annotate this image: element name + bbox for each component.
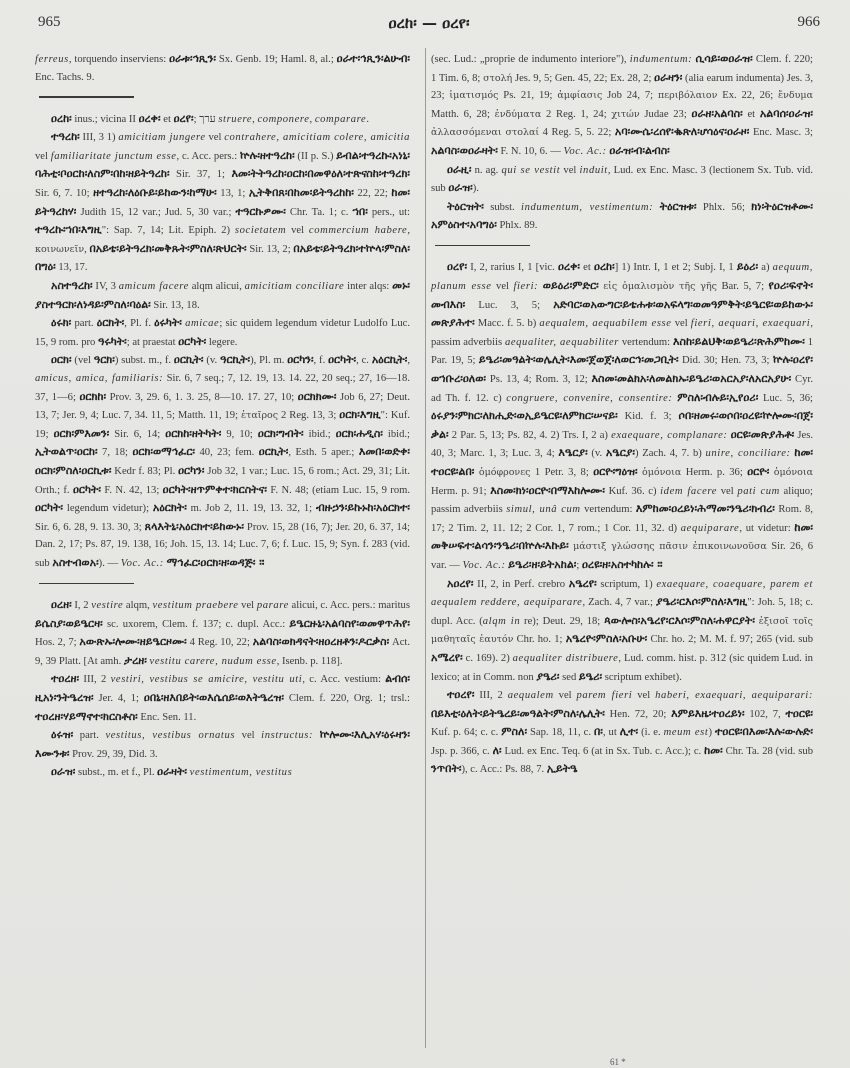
latin-gloss: Voc. Ac.: — [121, 558, 164, 569]
reference-text: Sir. 6, 7. 10; — [35, 188, 93, 199]
latin-gloss: commercium habere — [309, 225, 407, 236]
reference-text: Ps. 13, 4; Rom. 3, 12; — [486, 374, 592, 385]
ethiopic-term: ዐርክከ፡ — [79, 390, 106, 403]
reference-text: et — [743, 109, 760, 120]
ethiopic-term: ዐራዘ፡አልባስ፡ — [692, 107, 743, 120]
reference-text: Enc. Sen. 11. — [138, 712, 196, 723]
reference-text: , Esth. 5 aper.; — [288, 447, 359, 458]
ethiopic-term: ዐርካን፡ — [287, 353, 313, 366]
ethiopic-term: ዕሩክ፡ — [51, 316, 71, 329]
reference-text: Luc. 3, 5; — [465, 300, 553, 311]
reference-text: ibid.; — [304, 429, 336, 440]
ethiopic-term: ኢይትዔ — [547, 762, 578, 775]
greek-term: περιβόλαιον — [658, 90, 717, 101]
reference-text: Ps. 21, 19; — [498, 90, 557, 101]
ethiopic-term: ዐርዮ፡ — [747, 465, 769, 478]
dictionary-entry: ዐራዚ፡ n. ag. qui se vestit vel induit, Lu… — [431, 161, 813, 198]
reference-text: III, 3 1) — [80, 132, 119, 143]
reference-text: m. Job 2, 11. 19, 13. 32, 1; — [187, 503, 316, 514]
dictionary-entry: ዐረዘ፡ I, 2 vestire alqm, vestitum praeber… — [35, 596, 410, 670]
greek-term: ἑταῖρος — [241, 410, 278, 421]
reference-text: Hos. 2, 7; — [35, 637, 79, 648]
ethiopic-term: ምስለ፡ — [501, 725, 527, 738]
ethiopic-term: ከመ፡ — [704, 744, 723, 757]
reference-text: . — [366, 114, 369, 125]
ethiopic-term: በአይቴ፡ይትዓረክ፡መቅጹት፡ምስለ፡ጽህርት፡ — [89, 242, 246, 255]
reference-text: vertendum: — [619, 337, 673, 348]
ethiopic-term: ወይዕሪ፡ምድር፡ — [543, 279, 599, 292]
ethiopic-term: ንጥበት፡ — [431, 762, 461, 775]
reference-text: vel — [672, 318, 691, 329]
ethiopic-term: ዐርክክሙ፡ — [298, 390, 337, 403]
reference-text: Lud. ex Enc. Teq. 6 (at in Sx. Tub. c. A… — [502, 746, 704, 757]
reference-text: ) subst. m., f. — [115, 355, 174, 366]
reference-text: , Pl. f. — [124, 318, 154, 329]
reference-text: ; ערך — [194, 114, 219, 125]
reference-text: 13, 17. — [56, 262, 88, 273]
greek-term: ἀλλασσόμεναι στολαί — [431, 127, 539, 138]
reference-text: Ex. 22, 26; — [717, 90, 778, 101]
reference-text: vel — [554, 690, 577, 701]
reference-text: Kid. f. 3; — [618, 411, 679, 422]
ethiopic-term: አስተብወአ፡ — [52, 556, 98, 569]
greek-term: ἔνδυμα — [778, 90, 813, 101]
reference-text: Clem. f. 220, Org. 1; trsl.: — [284, 693, 410, 704]
ethiopic-term: ዐራዝ፡ብ፡ልብስ፡ — [609, 144, 669, 157]
ethiopic-term: ትዕርዝቱ፡ — [660, 200, 697, 213]
reference-text: 4 Reg. 5, 5. 22; — [539, 127, 615, 138]
ethiopic-term: አዔርያ፡ — [606, 446, 635, 459]
dictionary-entry: አስተዓረከ፡ IV, 3 amicum facere alqm alicui,… — [35, 277, 410, 314]
reference-text: Herm. p. 91; — [431, 486, 490, 497]
reference-text: ) Zach. 4, 7. b) — [635, 448, 705, 459]
reference-text: vel — [239, 600, 257, 611]
ethiopic-term: ኀበ፡ — [352, 205, 367, 218]
latin-gloss: aequaliter, aequabiliter — [505, 337, 619, 348]
reference-text: Kuf. p. 64; c. c. — [431, 727, 501, 738]
reference-text: Prov. 29, 39, Did. 3. — [69, 749, 157, 760]
reference-text: Sx. Genb. 19; Haml. 8, al.; — [216, 54, 337, 65]
left-column: ferreus, torquendo inserviens: ዐራቱ፡ኅጺን፡ … — [35, 50, 410, 782]
ethiopic-term: ዐረዩ፡ዘ፡አስተካከሉ፡ ። — [582, 558, 663, 571]
latin-gloss: amicitiam conciliare — [245, 281, 345, 292]
reference-text: Phlx. 56; — [697, 202, 752, 213]
ethiopic-term: ያዔሪ፡ — [536, 670, 559, 683]
section-rule — [435, 245, 530, 247]
reference-text: , — [407, 355, 410, 366]
reference-text: F. N. 42, 13; — [101, 485, 163, 496]
dictionary-entry: ዐራዝ፡ subst., m. et f., Pl. ዐራዛት፡ vestime… — [35, 763, 410, 782]
ethiopic-term: አውጽኡ፡ሎሙ፡ዘይዔርዞሙ፡ — [79, 635, 186, 648]
reference-text: , f. — [314, 355, 329, 366]
reference-text: vel — [286, 225, 309, 236]
latin-gloss: idem facere — [660, 486, 717, 497]
reference-text: (v. — [588, 448, 606, 459]
reference-text: Phlx. 89. — [497, 220, 538, 231]
reference-text: Chr. ho. 2; M. M. f. 97; 265 (vid. sub — [647, 634, 813, 645]
reference-text: Kedr f. 83; Pl. — [111, 466, 178, 477]
reference-text: legere. — [206, 337, 237, 348]
reference-text: Chr. Ta. 28 (vid. sub — [723, 746, 813, 757]
reference-text: vel — [717, 486, 737, 497]
dictionary-entry: ተዐረዘ፡ III, 2 vestiri, vestibus se amicir… — [35, 670, 410, 726]
reference-text: alqm alicui, — [189, 281, 245, 292]
ethiopic-term: እዔርያ፡ — [558, 446, 587, 459]
ethiopic-term: ዓርኪት፡ — [220, 353, 250, 366]
ethiopic-term: ይዔሪ፡ዘ፡ይትአከል፡ — [508, 558, 576, 571]
ethiopic-term: ትዕርዝት፡ — [447, 200, 484, 213]
reference-text: 2 Reg. 13, 3; — [278, 410, 339, 421]
ethiopic-term: ጳውሎስ፡አዔረየ፡ርእሶ፡ምስለ፡ሐዋርያት፡ — [604, 614, 755, 627]
reference-text: ), Pl. m. — [250, 355, 287, 366]
reference-text: , c. — [356, 355, 372, 366]
reference-text: Jer. 4, 1; — [94, 693, 144, 704]
ethiopic-term: ዐርካት፡ — [73, 483, 101, 496]
ethiopic-term: ተዓርኩዎሙ፡ — [235, 205, 285, 218]
reference-text: (II p. S.) — [295, 151, 337, 162]
ethiopic-term: ለ፡ — [493, 744, 502, 757]
reference-text: Sir. 6, 14; — [109, 429, 165, 440]
reference-text: F. N. 10, 6. — — [498, 146, 564, 157]
reference-text: 22, 22; — [354, 188, 391, 199]
reference-text: Kuf. 36. c) — [605, 486, 660, 497]
latin-gloss: haberi, exaequari, aequiparari: — [655, 690, 813, 701]
dictionary-entry: ዐረከ፡ inus.; vicina II ዐረቀ፡ et ዐረየ፡; ערך … — [35, 110, 410, 129]
reference-text: I, 2, rarius I, 1 [vic. — [467, 262, 558, 273]
ethiopic-term: ተዐረየ፡ — [447, 688, 474, 701]
ethiopic-term: ይዕሪ፡ — [737, 260, 758, 273]
dictionary-page: 965 ዐረከ፡ — ዐረየ፡ 966 ferreus, torquendo i… — [0, 0, 850, 1068]
reference-text: , — [407, 225, 410, 236]
reference-text: Luc. 5, 36; — [758, 393, 813, 404]
reference-text: ), c. Acc.: Ps. 88, 7. — [461, 764, 546, 775]
ethiopic-term: እምከመ፡ዐረይነ፡ሕማመ፡ንዔሪ፡ክብረ፡ — [636, 502, 775, 515]
reference-text: Enc. Masc. 3; — [749, 127, 813, 138]
ethiopic-term: ዐራዝ፡ — [448, 181, 472, 194]
latin-gloss: parem fieri — [577, 690, 633, 701]
ethiopic-term: አዕርክት፡ — [153, 501, 187, 514]
ethiopic-term: አሜረየ፡ — [431, 651, 463, 664]
latin-gloss: congruere, convenire, consentire: — [506, 393, 672, 404]
reference-text: Matth. 6, 28; — [431, 109, 495, 120]
reference-text: II, 2, in Perf. crebro — [474, 579, 569, 590]
ethiopic-term: ዐረዘ፡ — [51, 598, 72, 611]
reference-text: (i. e. — [638, 727, 663, 738]
dictionary-entry: ዕሩክ፡ part. ዕርክት፡, Pl. f. ዕሩካት፡ amicae; s… — [35, 314, 410, 351]
reference-text: Chr. ho. 1; — [513, 634, 565, 645]
dictionary-entry: ዐርክ፡ (vel ዓርክ፡) subst. m., f. ዐርኪት፡ (v. … — [35, 351, 410, 572]
section-rule — [39, 583, 134, 585]
reference-text: vel — [560, 165, 579, 176]
ethiopic-term: ዐርካት፡ — [178, 335, 206, 348]
latin-gloss: simul, unâ cum — [506, 504, 580, 515]
ethiopic-term: አባ፡ሙሴ፡ረሰየ፡ቈጽለ፡ሆሳዕና፡ዐራዞ፡ — [615, 125, 750, 138]
reference-text: alicui, c. Acc. pers.: maritus — [289, 600, 410, 611]
latin-gloss: Voc. Ac.: — [564, 146, 607, 157]
latin-gloss: amicae — [185, 318, 219, 329]
reference-text: , torquendo inserviens: — [69, 54, 169, 65]
reference-text: I, 2 — [72, 600, 92, 611]
ethiopic-term: እስመ፡ክነ፡ዐርዮ፡በማእከሎሙ፡ — [490, 484, 605, 497]
reference-text: Sir. 13, 2; — [247, 244, 294, 255]
reference-text: , ut videtur: — [739, 523, 794, 534]
reference-text: (v. — [203, 355, 219, 366]
latin-gloss: aequalem, aequabilem esse — [539, 318, 671, 329]
ethiopic-term: ሲሳይ፡ወዐራዝ፡ — [696, 52, 753, 65]
section-rule — [39, 96, 134, 98]
ethiopic-term: ዕሩያን፡ምክር፡ለክሒድ፡ወኢይዔርዩ፡ለምክር፡ሠናይ፡ — [431, 409, 618, 422]
latin-gloss: fieri, aequari, exaequari — [691, 318, 811, 329]
reference-text: vel — [235, 730, 261, 741]
latin-gloss: vestitu carere, nudum esse — [150, 656, 277, 667]
ethiopic-term: ዐርካት፡ — [35, 501, 63, 514]
reference-text: 4 Reg. 10, 22; — [187, 637, 253, 648]
latin-gloss: amicus, amica, familiaris: — [35, 373, 163, 384]
reference-text: Chr. Ta. 1; c. — [286, 207, 353, 218]
reference-text: 102, 7, — [745, 709, 786, 720]
ethiopic-term: ዐራዛን፡ — [654, 71, 682, 84]
ethiopic-term: በይእቲ፡ዕለት፡ይትዔረይ፡መዓልት፡ምስለ፡ሌሊት፡ — [431, 707, 605, 720]
reference-text: vel — [206, 132, 225, 143]
ethiopic-term: ዕሩዝ፡ — [51, 728, 73, 741]
ethiopic-term: ዐረከ፡ — [51, 112, 72, 125]
ethiopic-term: ዐርክ፡እግዚ — [339, 408, 380, 421]
latin-gloss: aequalem — [508, 690, 554, 701]
reference-text: inter alqs: — [344, 281, 392, 292]
reference-text: , c. Acc. vestium: — [302, 674, 385, 685]
reference-text: III, 2 — [79, 674, 111, 685]
page-number-right: 966 — [798, 14, 821, 31]
ethiopic-term: ሊተ፡ — [620, 725, 638, 738]
ethiopic-term: ዐርኪት፡ — [174, 353, 204, 366]
reference-text: Enc. Tachs. 9. — [35, 72, 94, 83]
reference-text: Did. 30; Hen. 73, 3; — [679, 355, 773, 366]
reference-text: 2 Par. 5, 13; Ps. 82, 4. 2) Trs. I, 2 a) — [449, 430, 611, 441]
ethiopic-term: ዐራዝ፡ — [51, 765, 75, 778]
reference-text: ). — — [99, 558, 121, 569]
ethiopic-term: ተዐረዘ፡ሃይማኖተ፡ክርስቶስ፡ — [35, 710, 138, 723]
reference-text: III, 2 — [474, 690, 507, 701]
reference-text: 2 Reg. 1, 24; — [541, 109, 611, 120]
reference-text: Judith 15, 12 var.; Jud. 5, 30 var.; — [76, 207, 235, 218]
latin-gloss: vestire — [91, 600, 123, 611]
ethiopic-term: ኢትቅበጸ፡በከመ፡ይትዓረከከ፡ — [249, 186, 354, 199]
greek-term: ἱματισμός — [449, 90, 498, 101]
latin-gloss: aequaliter distribuere — [513, 653, 619, 664]
reference-text: subst., m. et f., Pl. — [75, 767, 157, 778]
latin-gloss: struere — [218, 114, 252, 125]
reference-text: vertendum: — [581, 504, 636, 515]
running-head: 965 ዐረከ፡ — ዐረየ፡ 966 — [38, 14, 820, 38]
ethiopic-term: ኵሉ፡ዘተዓረከ፡ — [240, 149, 295, 162]
ethiopic-term: ይዔሪ፡ — [579, 670, 602, 683]
latin-gloss: ferreus — [35, 54, 69, 65]
reference-text: vel — [492, 281, 514, 292]
latin-gloss: amicitiam jungere — [118, 132, 205, 143]
reference-text: 1 Petr. 3, 8; — [530, 467, 593, 478]
reference-text: scriptum exhibet). — [602, 672, 682, 683]
ethiopic-term: ይዔርዙኒ፡አልባስየ፡ወመዋጥሕየ፡ — [290, 617, 411, 630]
reference-text: c. 169). 2) — [463, 653, 513, 664]
greek-term: ὁμόφρονες — [479, 467, 531, 478]
running-title: ዐረከ፡ — ዐረየ፡ — [38, 14, 820, 32]
latin-gloss: societatem — [235, 225, 286, 236]
reference-text: vel — [632, 690, 655, 701]
ethiopic-term: ዐረየ፡ — [174, 112, 194, 125]
reference-text: Judae 23; — [640, 109, 692, 120]
dictionary-entry: (sec. Lud.: „proprie de indumento interi… — [431, 50, 813, 161]
ethiopic-term: ዐበኒ፡ዘእበይት፡ወእሴሰይ፡ወእትዔረዝ፡ — [144, 691, 284, 704]
reference-text: re); Deut. 29, 18; — [520, 616, 604, 627]
ethiopic-term: ተዓረኩ፡ኀበ፡እግዚ — [35, 223, 102, 236]
greek-term: χιτών — [611, 109, 639, 120]
reference-text: Hen. 72, 20; — [605, 709, 671, 720]
ethiopic-term: ታረዘ፡ — [124, 654, 147, 667]
reference-text: , Isenb. p. 118]. — [277, 656, 343, 667]
latin-gloss: vestitum praebere — [152, 600, 238, 611]
reference-text: Prov. 3, 29. 6, 1. 3. 25, 8—10. 17. 27, … — [106, 392, 298, 403]
reference-text: Job 24, 7; — [602, 90, 658, 101]
reference-text: sed — [559, 672, 578, 683]
ethiopic-term: ዐረየ፡ — [447, 260, 467, 273]
ethiopic-term: ዘተዓረከ፡ለዕቡይ፡ይከውን፡ከማሁ፡ — [93, 186, 217, 199]
reference-text: Macc. f. 5. b) — [475, 318, 540, 329]
latin-gloss: familiaritate junctum esse — [51, 151, 177, 162]
reference-text: a) — [758, 262, 773, 273]
greek-term: ἐνδύματα — [495, 109, 542, 120]
reference-text: part. — [71, 318, 97, 329]
latin-gloss: comparare — [315, 114, 367, 125]
reference-text: Jes. 9, 5; Gen. 45, 22; Ex. 28, 2; — [512, 73, 654, 84]
ethiopic-term: ተዐርዩ፡በእመ፡እሉ፡ውሉድ፡ — [715, 725, 813, 738]
ethiopic-term: ተዐርዩ፡ — [785, 707, 813, 720]
ethiopic-term: ዐርኪት፡ — [259, 445, 289, 458]
latin-gloss: unire, conciliare: — [706, 448, 791, 459]
reference-text: vel — [35, 151, 51, 162]
reference-text: subst. — [484, 202, 521, 213]
ethiopic-term: ዐርካን፡ — [178, 464, 204, 477]
reference-text: ": Sap. 7, 14; Lit. Epiph. 2) — [102, 225, 235, 236]
dictionary-entry: ተዐረየ፡ III, 2 aequalem vel parem fieri ve… — [431, 686, 813, 779]
ethiopic-term: ዐርዮ፡ግዕዝ፡ — [593, 465, 637, 478]
ethiopic-term: ዐራተ፡ኅጺን፡ልሁብ፡ — [337, 52, 410, 65]
ethiopic-term: ዐርክ፡ሐዲስ፡ — [336, 427, 383, 440]
ethiopic-term: አዔረየ፡ — [569, 577, 597, 590]
latin-gloss: Voc. Ac.: — [462, 560, 505, 571]
ethiopic-term: ይዔሪ፡መዓልት፡ወሌሊት፡እመ፡ጀወጀ፡ለወርኅ፡መጋቢት፡ — [479, 353, 679, 366]
ethiopic-term: ብዙኃን፡ይኩኑከ፡አዕርክተ፡ — [316, 501, 410, 514]
greek-term: ὁμόνοια — [642, 467, 681, 478]
ethiopic-term: ዐረከ፡ — [594, 260, 615, 273]
ethiopic-term: አዐረየ፡ — [447, 577, 474, 590]
latin-gloss: meum est — [664, 727, 709, 738]
latin-gloss: contrahere, amicitiam colere, amicitia — [224, 132, 410, 143]
reference-text: IV, 3 — [93, 281, 119, 292]
ethiopic-term: ዐርክ፡ምእመን፡ — [54, 427, 110, 440]
reference-text: 7, 18; — [98, 447, 133, 458]
latin-gloss: aequiparare — [681, 523, 740, 534]
ethiopic-term: ዐርክከ፡ዘትካት፡ — [165, 427, 221, 440]
ethiopic-term: ይሴስያ፡ወይዔርዛ፡ — [35, 617, 103, 630]
dictionary-entry: ተዓረከ፡ III, 3 1) amicitiam jungere vel co… — [35, 128, 410, 277]
reference-text: , c. Acc. pers.: — [177, 151, 240, 162]
ethiopic-term: ጸላእትኒ፡አዕርክተ፡ይከውኑ፡ — [145, 520, 244, 533]
dictionary-entry: ዐረየ፡ I, 2, rarius I, 1 [vic. ዐረቀ፡ et ዐረከ… — [431, 258, 813, 574]
latin-gloss: vestitus, vestibus ornatus — [105, 730, 235, 741]
ethiopic-term: ኢትወልጥ፡ዐርከ፡ — [35, 445, 98, 458]
greek-term: στολή — [483, 73, 512, 84]
reference-text: , Zach. 4, 7 var.; — [582, 597, 655, 608]
ethiopic-term: እስመ፡መልክአ፡ለመልክኡ፡ይዔሪ፡ወአርአያ፡ለአርአያሁ፡ — [592, 372, 792, 385]
right-column: (sec. Lud.: „proprie de indumento interi… — [431, 50, 813, 779]
reference-text: ; at praestat — [127, 337, 178, 348]
ethiopic-term: ምስለ፡ብሉይ፡ኢየዐሪ፡ — [677, 391, 758, 404]
latin-gloss: instructus: — [261, 730, 313, 741]
ethiopic-term: ዐራዛት፡ — [157, 765, 187, 778]
ethiopic-term: አስተዓረከ፡ — [51, 279, 93, 292]
reference-text: pers., ut: — [368, 207, 410, 218]
reference-text: , ut — [603, 727, 620, 738]
ethiopic-term: ዐራቱ፡ኅጺን፡ — [169, 52, 216, 65]
reference-text: n. ag. — [471, 165, 501, 176]
latin-gloss: parare — [257, 600, 289, 611]
reference-text: Sir. 13, 18. — [151, 300, 200, 311]
ethiopic-term: ዕርክት፡ — [97, 316, 125, 329]
ethiopic-term: ዐርካት፡ዘጥምቀተ፡ክርስትና፡ — [163, 483, 267, 496]
greek-term: ἀμφίασις — [557, 90, 602, 101]
latin-gloss: qui se vestit — [501, 165, 560, 176]
reference-text: Sap. 18, 11, c. — [527, 727, 594, 738]
dictionary-entry: አዐረየ፡ II, 2, in Perf. crebro አዔረየ፡ scrip… — [431, 575, 813, 687]
ethiopic-term: ዐርክ፡ወማኅፈር፡ — [132, 445, 195, 458]
ethiopic-term: ዐረቀ፡ — [139, 112, 161, 125]
reference-text: Bar. 5, 7; — [717, 281, 769, 292]
ethiopic-term: ዐርክ፡ግብት፡ — [258, 427, 304, 440]
latin-gloss: indumentum: — [630, 54, 693, 65]
ethiopic-term: ተዓረከ፡ — [51, 130, 80, 143]
reference-text: ] 1) Intr. I, 1 et 2; Subj. I, 1 — [615, 262, 737, 273]
reference-text: scriptum, 1) — [597, 579, 657, 590]
ethiopic-term: ዐርካት፡ — [328, 353, 356, 366]
ethiopic-term: ዐረቀ፡ — [558, 260, 580, 273]
ethiopic-term: አዔረዮ፡ምስለ፡አቡሁ፡ — [566, 632, 648, 645]
reference-text: Herm. p. 36; — [681, 467, 747, 478]
reference-text: (sec. Lud.: „proprie de indumento interi… — [431, 54, 630, 65]
ethiopic-term: አልባስ፡ወዐራዛት፡ — [431, 144, 498, 157]
reference-text: 13, 1; — [217, 188, 249, 199]
latin-gloss: exaequare, complanare: — [611, 430, 727, 441]
greek-term: ὁμόνοια — [774, 467, 813, 478]
reference-text: et — [161, 114, 174, 125]
reference-text: F. N. 48; (etiam Luc. 15, 9 rom. — [267, 485, 410, 496]
ethiopic-term: ማኅፈር፡ዐርክ፡ዘ፡ወዳጅ፡ ። — [167, 556, 265, 569]
column-divider — [425, 48, 426, 1048]
ethiopic-term: አልባስ፡ወክዳናት፡ዘዐረዘቶን፡ዶርቃስ፡ — [253, 635, 389, 648]
ethiopic-term: ዐርክ፡ — [51, 353, 72, 366]
ethiopic-term: ዐርዩ፡መጽያሕቶ፡ — [731, 428, 795, 441]
reference-text: et — [580, 262, 594, 273]
latin-gloss: indumentum, vestimentum: — [521, 202, 653, 213]
dictionary-entry: ዕሩዝ፡ part. vestitus, vestibus ornatus ve… — [35, 726, 410, 763]
greek-term: μάστιξ γλώσσης πᾶσιν ἐπικοινωνοῦσα — [573, 541, 767, 552]
ethiopic-term: እምይእዜ፡ተዐረይነ፡ — [671, 707, 744, 720]
ethiopic-term: አዕርኪት፡ — [372, 353, 408, 366]
ethiopic-term: እስከ፡ይልህቅ፡ወይዔሪ፡ጽሕምከሙ፡ — [673, 335, 805, 348]
reference-text: (vel — [72, 355, 94, 366]
reference-text: part. — [73, 730, 105, 741]
latin-gloss: induit — [580, 165, 608, 176]
latin-gloss: vestiri, vestibus se amicire, vestitu ut… — [111, 674, 303, 685]
